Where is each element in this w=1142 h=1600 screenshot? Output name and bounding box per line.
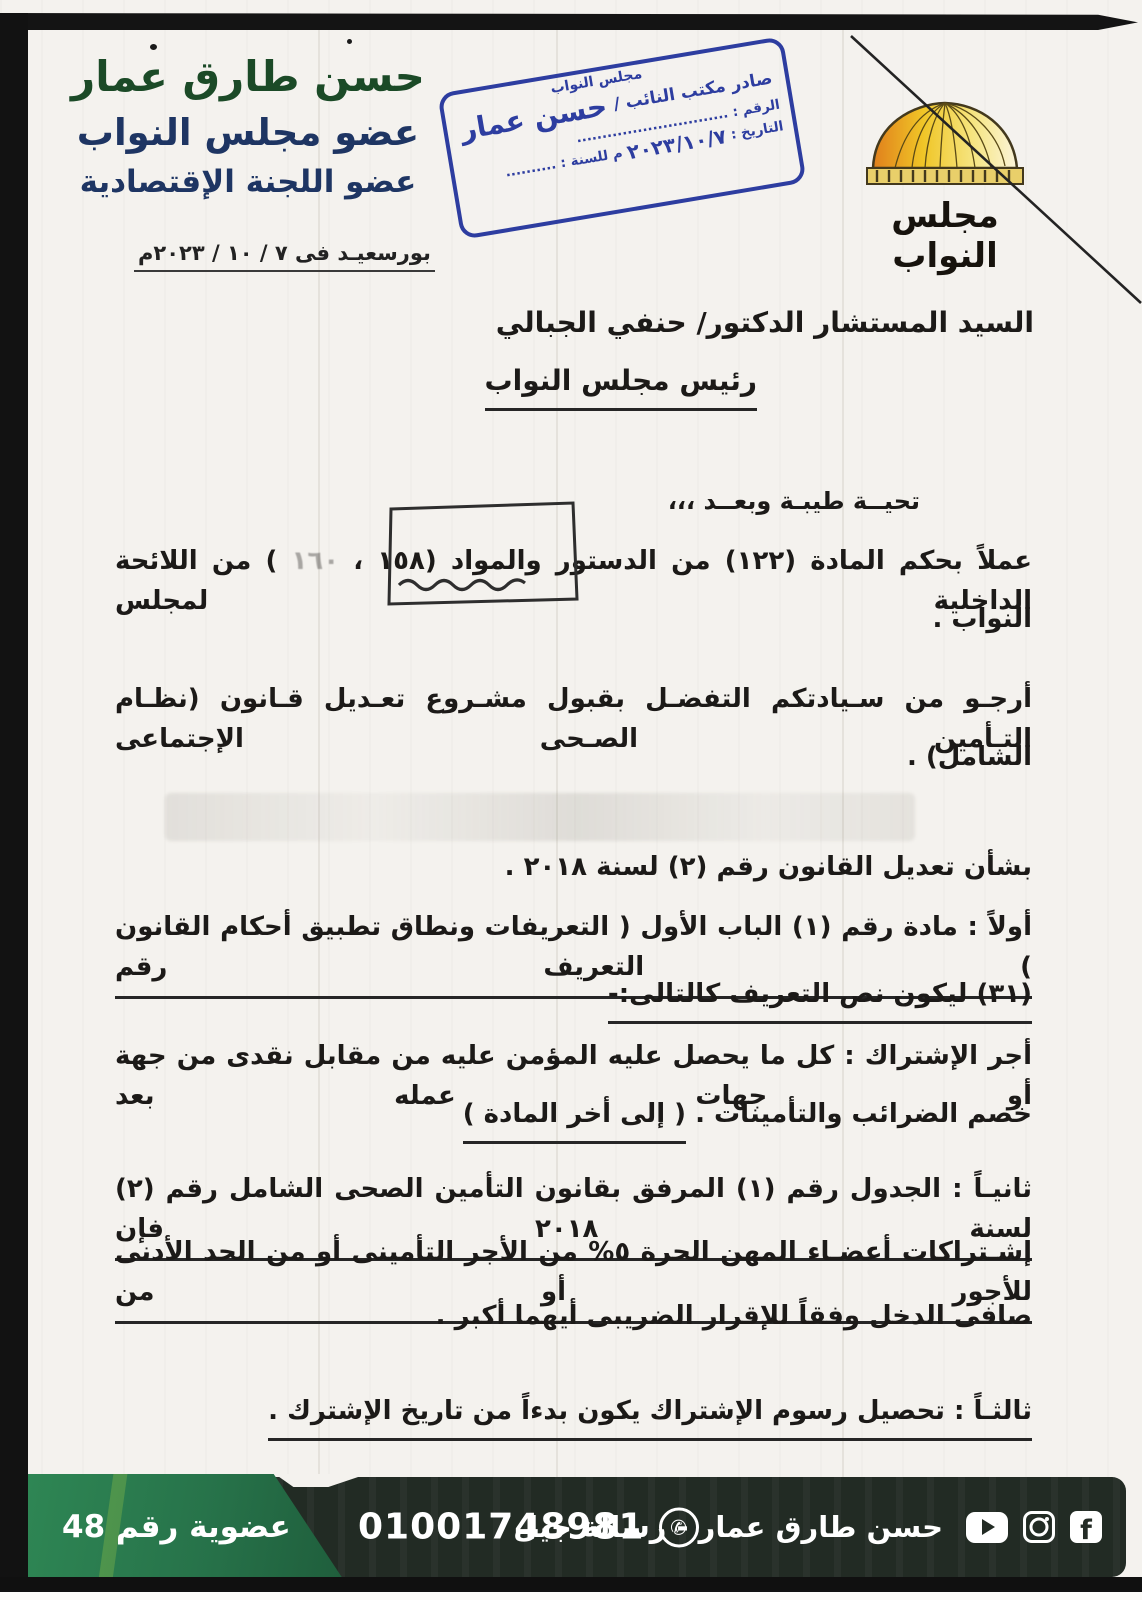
faint-article-number: ١٦٠ xyxy=(291,546,339,576)
addressee-title-line: رئيس مجلس النواب xyxy=(485,361,758,411)
scan-bottom-white-strip xyxy=(0,1592,1142,1600)
scan-left-edge xyxy=(0,13,28,1600)
addressee-name-line: السيد المستشار الدكتور/ حنفي الجبالي xyxy=(496,303,1034,343)
clause-second-line3: صافى الدخل وفقاً للإقرار الضريبى أيهما أ… xyxy=(436,1296,1032,1336)
paragraph1-line2: النواب . xyxy=(932,599,1032,639)
instagram-dot xyxy=(1045,1517,1049,1521)
ink-speck xyxy=(150,44,157,50)
office-stamp: مجلس النواب صادر مكتب النائب / حسن عمار … xyxy=(437,36,807,240)
ink-speck xyxy=(347,39,352,44)
ink-bleed-smudge xyxy=(165,793,915,841)
member-role-parliament: عضو مجلس النواب xyxy=(52,111,444,154)
definition-line2-normal: خصم الضرائب والتأمينات . xyxy=(695,1099,1032,1129)
youtube-icon xyxy=(966,1512,1008,1543)
p1-text-a: عملاً بحكم المادة (١٢٢) من الدستور والمو… xyxy=(353,546,1032,576)
addressee-title-text: رئيس مجلس النواب xyxy=(485,361,758,411)
subject-line: بشأن تعديل القانون رقم (٢) لسنة ٢٠١٨ . xyxy=(505,847,1032,887)
scan-top-edge xyxy=(0,13,1138,30)
parliament-dome-icon xyxy=(857,96,1033,196)
instagram-icon xyxy=(1023,1511,1055,1543)
definition-line2: خصم الضرائب والتأمينات . ( إلى أخر الماد… xyxy=(463,1094,1032,1144)
play-glyph xyxy=(982,1519,995,1535)
membership-badge: عضوية رقم 48 xyxy=(62,1509,291,1545)
letterhead: حسن طارق عمار عضو مجلس النواب عضو اللجنة… xyxy=(52,52,444,200)
paragraph2-line1: أرجـو من سـيادتكم التفضـل بقبول مشـروع ت… xyxy=(115,679,1032,759)
parliament-logo-caption: مجلس النواب xyxy=(835,196,1055,276)
clause-first-line2-text: (٣١) ليكون نص التعريف كالتالى:- xyxy=(608,974,1032,1024)
clause-third-text: ثالثـاً : تحصيل رسوم الإشتراك يكون بدءاً… xyxy=(268,1391,1032,1441)
scan-bottom-edge xyxy=(0,1577,1142,1592)
definition-line2-emphasis: ( إلى أخر المادة ) xyxy=(463,1094,686,1144)
facebook-icon: f xyxy=(1070,1511,1102,1543)
stamp-date-label: التاريخ : xyxy=(730,118,785,143)
scanned-letter-page: حسن طارق عمار عضو مجلس النواب عضو اللجنة… xyxy=(0,0,1142,1600)
clause-first-line2: (٣١) ليكون نص التعريف كالتالى:- xyxy=(608,974,1032,1024)
parliament-logo: مجلس النواب xyxy=(835,96,1055,276)
footer-band: عضوية رقم 48 01001748981 ✆ حسن طارق عمار… xyxy=(28,1477,1126,1577)
clause-third-line: ثالثـاً : تحصيل رسوم الإشتراك يكون بدءاً… xyxy=(268,1391,1032,1441)
paragraph1-line1: عملاً بحكم المادة (١٢٢) من الدستور والمو… xyxy=(115,541,1032,621)
brand-slogan: حسن طارق عمار - رسالة جيل xyxy=(513,1510,943,1544)
social-brand-group: حسن طارق عمار - رسالة جيل f xyxy=(513,1510,1102,1544)
member-name: حسن طارق عمار xyxy=(52,52,444,101)
greeting-line: تحيــة طيبـة وبعــد ،،، xyxy=(668,481,920,521)
member-role-committee: عضو اللجنة الإقتصادية xyxy=(52,164,444,200)
paragraph2-line2: الشامل) . xyxy=(907,737,1032,777)
place-date-line: بورسعيـد فى ٧ / ١٠ / ٢٠٢٣م xyxy=(134,241,435,272)
